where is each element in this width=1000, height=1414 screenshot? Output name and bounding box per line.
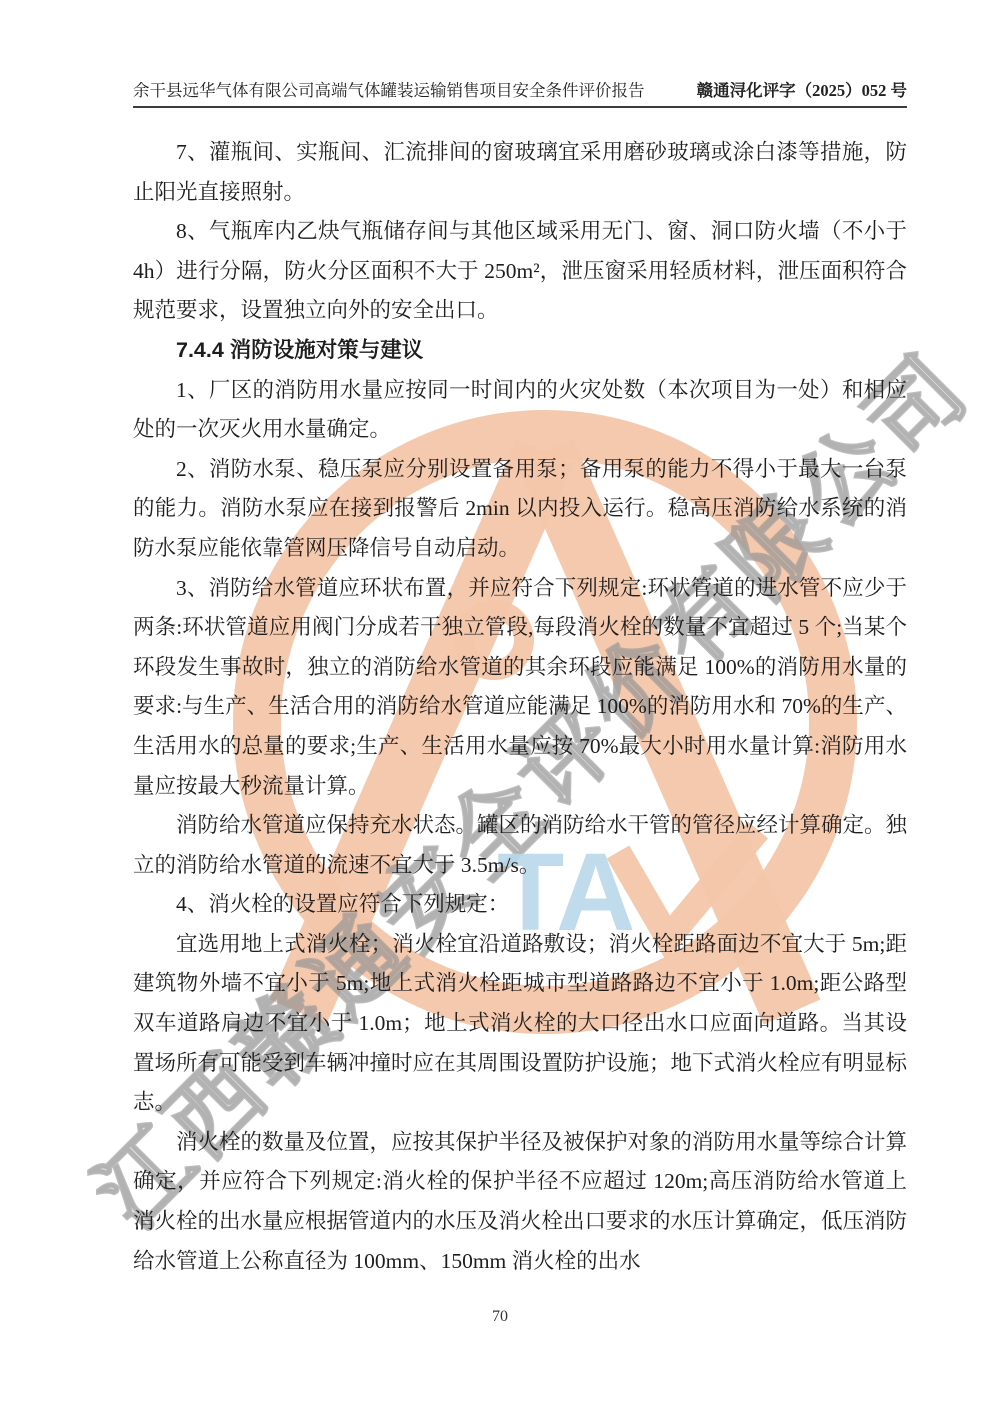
paragraph: 消防给水管道应保持充水状态。罐区的消防给水干管的管径应经计算确定。独立的消防给水… <box>133 806 907 885</box>
page-number: 70 <box>492 1308 508 1325</box>
paragraph: 3、消防给水管道应环状布置，并应符合下列规定:环状管道的进水管不应少于两条:环状… <box>133 569 907 807</box>
page-header: 余干县远华气体有限公司高端气体罐装运输销售项目安全条件评价报告 赣通浔化评字（2… <box>133 0 907 108</box>
header-report-title: 余干县远华气体有限公司高端气体罐装运输销售项目安全条件评价报告 <box>133 77 645 101</box>
header-document-number: 赣通浔化评字（2025）052 号 <box>697 77 907 101</box>
paragraph: 4、消火栓的设置应符合下列规定： <box>133 885 907 925</box>
paragraph: 2、消防水泵、稳压泵应分别设置备用泵；备用泵的能力不得小于最大一台泵的能力。消防… <box>133 450 907 569</box>
document-page: { "header": { "left": "余干县远华气体有限公司高端气体罐装… <box>0 0 1000 1414</box>
paragraph: 7.4.4 消防设施对策与建议 <box>133 331 907 371</box>
paragraph: 7、灌瓶间、实瓶间、汇流排间的窗玻璃宜采用磨砂玻璃或涂白漆等措施，防止阳光直接照… <box>133 133 907 212</box>
paragraph: 1、厂区的消防用水量应按同一时间内的火灾处数（本次项目为一处）和相应处的一次灭火… <box>133 371 907 450</box>
paragraph: 宜选用地上式消火栓；消火栓宜沿道路敷设；消火栓距路面边不宜大于 5m;距建筑物外… <box>133 925 907 1123</box>
document-body: 7、灌瓶间、实瓶间、汇流排间的窗玻璃宜采用磨砂玻璃或涂白漆等措施，防止阳光直接照… <box>133 133 907 1281</box>
page-footer: 70 <box>0 1308 1000 1326</box>
paragraph: 8、气瓶库内乙炔气瓶储存间与其他区域采用无门、窗、洞口防火墙（不小于 4h）进行… <box>133 212 907 331</box>
paragraph: 消火栓的数量及位置，应按其保护半径及被保护对象的消防用水量等综合计算确定，并应符… <box>133 1123 907 1281</box>
